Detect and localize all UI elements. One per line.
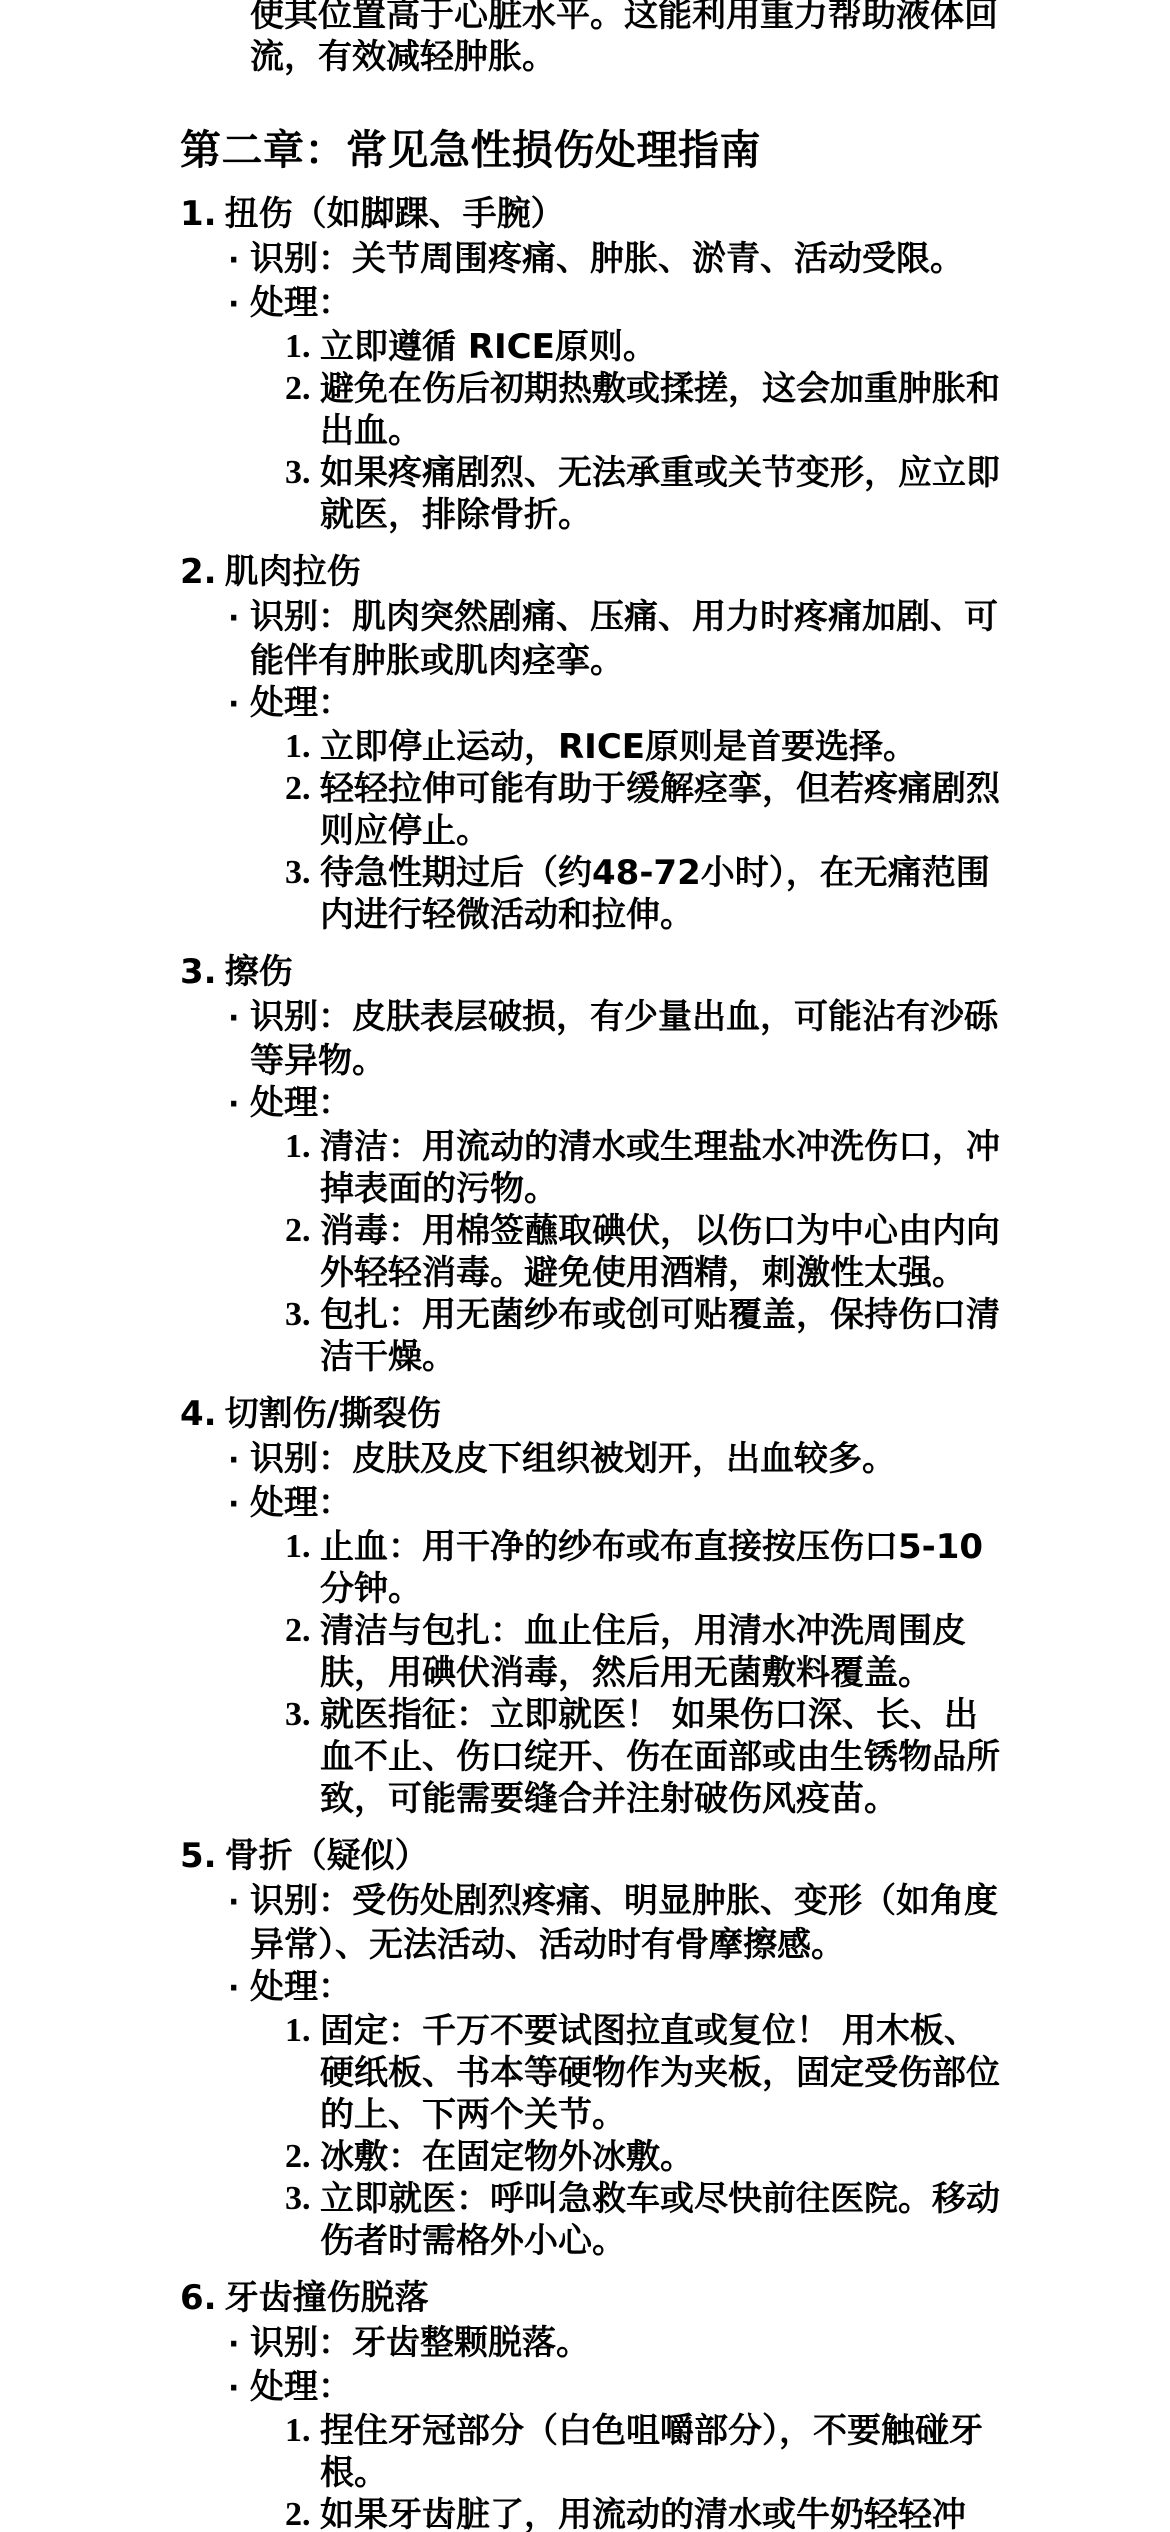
section-title-text: 扭伤（如脚踝、手腕）: [225, 194, 565, 234]
step-text: 就医指征：立即就医！ 如果伤口深、长、出血不止、伤口绽开、伤在面部或由生锈物品所…: [320, 1695, 1000, 1819]
treatment-label: 处理：: [250, 2367, 352, 2407]
treatment-step: 3.待急性期过后（约48-72小时），在无痛范围内进行轻微活动和拉伸。: [180, 852, 1000, 936]
injury-section-muscle-strain: 2.肌肉拉伤 ·识别：肌肉突然剧痛、压痛、用力时疼痛加剧、可能伴有肿胀或肌肉痉挛…: [180, 550, 1000, 936]
treatment-step: 1.固定：千万不要试图拉直或复位！ 用木板、硬纸板、书本等硬物作为夹板，固定受伤…: [180, 2010, 1000, 2136]
bullet-dot-icon: ·: [228, 1440, 242, 1482]
treatment-step: 1.立即停止运动，RICE原则是首要选择。: [180, 726, 1000, 768]
section-bullets: ·识别：皮肤及皮下组织被划开，出血较多。 ·处理：: [180, 1438, 1000, 1526]
identify-text: 皮肤及皮下组织被划开，出血较多。: [352, 1439, 896, 1479]
bullet-dot-icon: ·: [228, 998, 242, 1040]
treatment-step: 2.消毒：用棉签蘸取碘伏，以伤口为中心由内向外轻轻消毒。避免使用酒精，刺激性太强…: [180, 1210, 1000, 1294]
bullet-dot-icon: ·: [228, 1968, 242, 2010]
injury-section-sprain: 1.扭伤（如脚踝、手腕） ·识别：关节周围疼痛、肿胀、淤青、活动受限。 ·处理：…: [180, 192, 1000, 536]
section-title: 3.擦伤: [180, 950, 1000, 994]
step-text: 固定：千万不要试图拉直或复位！ 用木板、硬纸板、书本等硬物作为夹板，固定受伤部位…: [320, 2011, 1000, 2135]
treatment-label: 处理：: [250, 283, 352, 323]
section-bullets: ·识别：牙齿整颗脱落。 ·处理：: [180, 2322, 1000, 2410]
section-title-text: 擦伤: [225, 952, 293, 992]
step-text: 立即遵循 RICE原则。: [320, 327, 657, 367]
treatment-label: 处理：: [250, 1967, 352, 2007]
step-number: 2.: [285, 2494, 311, 2532]
section-title-text: 切割伤/撕裂伤: [225, 1394, 441, 1434]
treatment-step: 2.轻轻拉伸可能有助于缓解痉挛，但若疼痛剧烈则应停止。: [180, 768, 1000, 852]
step-text: 包扎：用无菌纱布或创可贴覆盖，保持伤口清洁干燥。: [320, 1295, 1000, 1377]
treatment-step: 3.就医指征：立即就医！ 如果伤口深、长、出血不止、伤口绽开、伤在面部或由生锈物…: [180, 1694, 1000, 1820]
step-number: 1.: [285, 326, 311, 368]
section-title-text: 肌肉拉伤: [225, 552, 361, 592]
identify-item: ·识别：受伤处剧烈疼痛、明显肿胀、变形（如角度异常）、无法活动、活动时有骨摩擦感…: [180, 1880, 1000, 1966]
treatment-step: 1.立即遵循 RICE原则。: [180, 326, 1000, 368]
step-number: 3.: [285, 852, 311, 894]
bullet-dot-icon: ·: [228, 1084, 242, 1126]
identify-label: 识别：: [250, 597, 352, 637]
treatment-steps: 1.止血：用干净的纱布或布直接按压伤口5-10分钟。 2.清洁与包扎：血止住后，…: [180, 1526, 1000, 1820]
identify-text: 受伤处剧烈疼痛、明显肿胀、变形（如角度异常）、无法活动、活动时有骨摩擦感。: [250, 1881, 998, 1965]
identify-item: ·识别：皮肤表层破损，有少量出血，可能沾有沙砾等异物。: [180, 996, 1000, 1082]
treatment-label: 处理：: [250, 683, 352, 723]
step-number: 1.: [285, 1526, 311, 1568]
treatment-item: ·处理：: [180, 282, 1000, 326]
treatment-steps: 1.立即停止运动，RICE原则是首要选择。 2.轻轻拉伸可能有助于缓解痉挛，但若…: [180, 726, 1000, 936]
bullet-dot-icon: ·: [228, 2368, 242, 2410]
identify-label: 识别：: [250, 1439, 352, 1479]
treatment-step: 1.清洁：用流动的清水或生理盐水冲洗伤口，冲掉表面的污物。: [180, 1126, 1000, 1210]
treatment-step: 1.捏住牙冠部分（白色咀嚼部分），不要触碰牙根。: [180, 2410, 1000, 2494]
step-number: 2.: [285, 368, 311, 410]
section-number: 3.: [180, 952, 217, 992]
treatment-step: 3.包扎：用无菌纱布或创可贴覆盖，保持伤口清洁干燥。: [180, 1294, 1000, 1378]
section-number: 4.: [180, 1394, 217, 1434]
section-title: 5.骨折（疑似）: [180, 1834, 1000, 1878]
step-text: 轻轻拉伸可能有助于缓解痉挛，但若疼痛剧烈则应停止。: [320, 769, 1000, 851]
treatment-steps: 1.立即遵循 RICE原则。 2.避免在伤后初期热敷或揉搓，这会加重肿胀和出血。…: [180, 326, 1000, 536]
step-number: 1.: [285, 1126, 311, 1168]
section-title-text: 骨折（疑似）: [225, 1836, 429, 1876]
injury-section-fracture: 5.骨折（疑似） ·识别：受伤处剧烈疼痛、明显肿胀、变形（如角度异常）、无法活动…: [180, 1834, 1000, 2262]
treatment-steps: 1.固定：千万不要试图拉直或复位！ 用木板、硬纸板、书本等硬物作为夹板，固定受伤…: [180, 2010, 1000, 2262]
step-text: 待急性期过后（约48-72小时），在无痛范围内进行轻微活动和拉伸。: [320, 853, 990, 935]
section-title: 1.扭伤（如脚踝、手腕）: [180, 192, 1000, 236]
step-text: 捏住牙冠部分（白色咀嚼部分），不要触碰牙根。: [320, 2411, 983, 2493]
treatment-step: 3.立即就医：呼叫急救车或尽快前往医院。移动伤者时需格外小心。: [180, 2178, 1000, 2262]
bullet-dot-icon: ·: [228, 598, 242, 640]
section-bullets: ·识别：肌肉突然剧痛、压痛、用力时疼痛加剧、可能伴有肿胀或肌肉痉挛。 ·处理：: [180, 596, 1000, 726]
treatment-step: 2.避免在伤后初期热敷或揉搓，这会加重肿胀和出血。: [180, 368, 1000, 452]
step-text: 清洁：用流动的清水或生理盐水冲洗伤口，冲掉表面的污物。: [320, 1127, 1000, 1209]
treatment-item: ·处理：: [180, 682, 1000, 726]
treatment-item: ·处理：: [180, 2366, 1000, 2410]
bullet-dot-icon: ·: [228, 1484, 242, 1526]
bullet-dot-icon: ·: [228, 240, 242, 282]
step-text: 如果牙齿脏了，用流动的清水或牛奶轻轻冲: [320, 2495, 966, 2532]
treatment-label: 处理：: [250, 1083, 352, 1123]
treatment-step: 2.清洁与包扎：血止住后，用清水冲洗周围皮肤，用碘伏消毒，然后用无菌敷料覆盖。: [180, 1610, 1000, 1694]
identify-item: ·识别：关节周围疼痛、肿胀、淤青、活动受限。: [180, 238, 1000, 282]
chapter-title: 第二章：常见急性损伤处理指南: [180, 122, 1170, 178]
document-page: 使其位置高于心脏水平。这能利用重力帮助液体回流，有效减轻肿胀。 第二章：常见急性…: [0, 0, 1170, 2532]
step-text: 立即停止运动，RICE原则是首要选择。: [320, 727, 917, 767]
step-number: 2.: [285, 1610, 311, 1652]
treatment-step: 3.如果疼痛剧烈、无法承重或关节变形，应立即就医，排除骨折。: [180, 452, 1000, 536]
identify-item: ·识别：皮肤及皮下组织被划开，出血较多。: [180, 1438, 1000, 1482]
step-number: 2.: [285, 768, 311, 810]
section-title-text: 牙齿撞伤脱落: [225, 2278, 429, 2318]
treatment-step: 2.如果牙齿脏了，用流动的清水或牛奶轻轻冲: [180, 2494, 1000, 2532]
step-number: 1.: [285, 2410, 311, 2452]
treatment-steps: 1.清洁：用流动的清水或生理盐水冲洗伤口，冲掉表面的污物。 2.消毒：用棉签蘸取…: [180, 1126, 1000, 1378]
treatment-item: ·处理：: [180, 1482, 1000, 1526]
injury-section-tooth-avulsion: 6.牙齿撞伤脱落 ·识别：牙齿整颗脱落。 ·处理： 1.捏住牙冠部分（白色咀嚼部…: [180, 2276, 1000, 2532]
step-text: 立即就医：呼叫急救车或尽快前往医院。移动伤者时需格外小心。: [320, 2179, 1000, 2261]
step-number: 3.: [285, 2178, 311, 2220]
section-number: 1.: [180, 194, 217, 234]
section-title: 2.肌肉拉伤: [180, 550, 1000, 594]
identify-text: 肌肉突然剧痛、压痛、用力时疼痛加剧、可能伴有肿胀或肌肉痉挛。: [250, 597, 998, 681]
section-title: 4.切割伤/撕裂伤: [180, 1392, 1000, 1436]
treatment-step: 2.冰敷：在固定物外冰敷。: [180, 2136, 1000, 2178]
step-number: 3.: [285, 1294, 311, 1336]
bullet-dot-icon: ·: [228, 684, 242, 726]
bullet-dot-icon: ·: [228, 284, 242, 326]
identify-label: 识别：: [250, 997, 352, 1037]
step-number: 3.: [285, 452, 311, 494]
injury-section-laceration: 4.切割伤/撕裂伤 ·识别：皮肤及皮下组织被划开，出血较多。 ·处理： 1.止血…: [180, 1392, 1000, 1820]
injury-section-abrasion: 3.擦伤 ·识别：皮肤表层破损，有少量出血，可能沾有沙砾等异物。 ·处理： 1.…: [180, 950, 1000, 1378]
step-number: 3.: [285, 1694, 311, 1736]
section-bullets: ·识别：皮肤表层破损，有少量出血，可能沾有沙砾等异物。 ·处理：: [180, 996, 1000, 1126]
intro-continuation-paragraph: 使其位置高于心脏水平。这能利用重力帮助液体回流，有效减轻肿胀。: [250, 0, 1000, 78]
section-title: 6.牙齿撞伤脱落: [180, 2276, 1000, 2320]
identify-item: ·识别：牙齿整颗脱落。: [180, 2322, 1000, 2366]
section-number: 2.: [180, 552, 217, 592]
treatment-step: 1.止血：用干净的纱布或布直接按压伤口5-10分钟。: [180, 1526, 1000, 1610]
identify-text: 关节周围疼痛、肿胀、淤青、活动受限。: [352, 239, 964, 279]
step-number: 2.: [285, 2136, 311, 2178]
identify-label: 识别：: [250, 2323, 352, 2363]
step-number: 2.: [285, 1210, 311, 1252]
step-text: 清洁与包扎：血止住后，用清水冲洗周围皮肤，用碘伏消毒，然后用无菌敷料覆盖。: [320, 1611, 966, 1693]
step-text: 止血：用干净的纱布或布直接按压伤口5-10分钟。: [320, 1527, 983, 1609]
section-bullets: ·识别：关节周围疼痛、肿胀、淤青、活动受限。 ·处理：: [180, 238, 1000, 326]
bullet-dot-icon: ·: [228, 1882, 242, 1924]
identify-text: 皮肤表层破损，有少量出血，可能沾有沙砾等异物。: [250, 997, 998, 1081]
identify-label: 识别：: [250, 1881, 352, 1921]
step-text: 避免在伤后初期热敷或揉搓，这会加重肿胀和出血。: [320, 369, 1000, 451]
identify-label: 识别：: [250, 239, 352, 279]
section-number: 5.: [180, 1836, 217, 1876]
identify-item: ·识别：肌肉突然剧痛、压痛、用力时疼痛加剧、可能伴有肿胀或肌肉痉挛。: [180, 596, 1000, 682]
step-text: 如果疼痛剧烈、无法承重或关节变形，应立即就医，排除骨折。: [320, 453, 1000, 535]
treatment-item: ·处理：: [180, 1082, 1000, 1126]
treatment-steps: 1.捏住牙冠部分（白色咀嚼部分），不要触碰牙根。 2.如果牙齿脏了，用流动的清水…: [180, 2410, 1000, 2532]
step-text: 消毒：用棉签蘸取碘伏，以伤口为中心由内向外轻轻消毒。避免使用酒精，刺激性太强。: [320, 1211, 1000, 1293]
step-number: 1.: [285, 2010, 311, 2052]
step-text: 冰敷：在固定物外冰敷。: [320, 2137, 694, 2177]
identify-text: 牙齿整颗脱落。: [352, 2323, 590, 2363]
step-number: 1.: [285, 726, 311, 768]
bullet-dot-icon: ·: [228, 2324, 242, 2366]
treatment-label: 处理：: [250, 1483, 352, 1523]
section-number: 6.: [180, 2278, 217, 2318]
treatment-item: ·处理：: [180, 1966, 1000, 2010]
section-bullets: ·识别：受伤处剧烈疼痛、明显肿胀、变形（如角度异常）、无法活动、活动时有骨摩擦感…: [180, 1880, 1000, 2010]
